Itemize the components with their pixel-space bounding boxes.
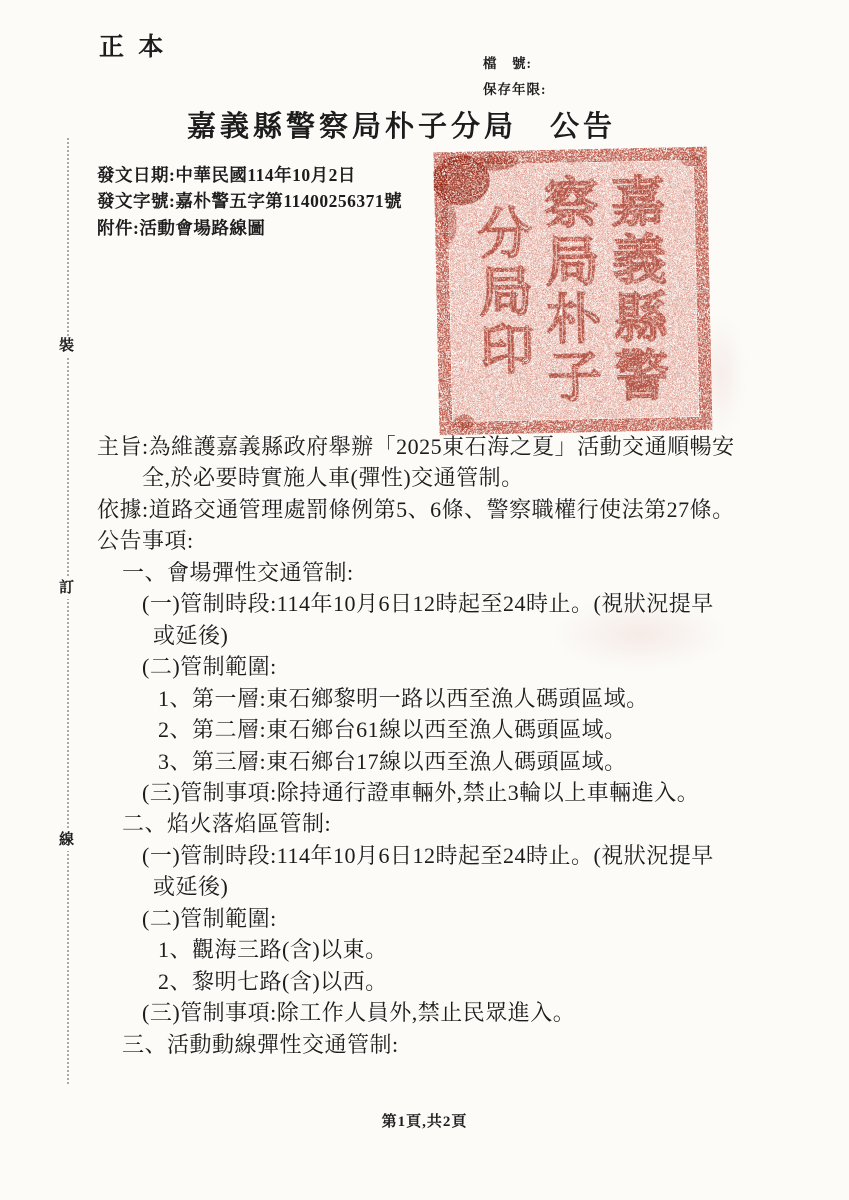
binding-dotted-line <box>67 138 69 1084</box>
document-title: 嘉義縣警察局朴子分局 公告 <box>187 104 616 145</box>
body-line: (一)管制時段:114年10月6日12時起至24時止。(視狀況提早 <box>142 588 807 619</box>
body-line: (二)管制範圍: <box>142 903 807 934</box>
seal-character: 印 <box>480 320 535 381</box>
body-line: 二、焰火落焰區管制: <box>122 808 807 839</box>
retention-period-label: 保存年限: <box>483 77 547 103</box>
body-line: 依據:道路交通管理處罰條例第5、6條、警察職權行使法第27條。 <box>97 494 807 525</box>
seal-graphic: 嘉義縣警察局朴子分局印 <box>433 146 713 436</box>
binding-mark: 訂 <box>59 578 74 599</box>
meta-line: 發文字號:嘉朴警五字第11400256371號 <box>97 188 402 214</box>
body-line: 全,於必要時實施人車(彈性)交通管制。 <box>142 462 807 493</box>
title-row: 嘉義縣警察局朴子分局 公告 <box>0 104 849 145</box>
body-line: 或延後) <box>153 620 807 651</box>
meta-line: 發文日期:中華民國114年10月2日 <box>97 162 402 188</box>
body-line: 或延後) <box>153 871 807 902</box>
body-line: (一)管制時段:114年10月6日12時起至24時止。(視狀況提早 <box>142 840 807 871</box>
seal-character: 局 <box>478 262 533 323</box>
seal-character: 警 <box>614 346 669 407</box>
body-line: 三、活動動線彈性交通管制: <box>122 1029 807 1060</box>
body-lines: 主旨:為維護嘉義縣政府舉辦「2025東石海之夏」活動交通順暢安全,於必要時實施人… <box>97 431 807 1060</box>
body-line: (三)管制事項:除工作人員外,禁止民眾進入。 <box>142 997 807 1028</box>
body-line: 3、第三層:東石鄉台17線以西至漁人碼頭區域。 <box>158 746 807 777</box>
meta-line: 附件:活動會場路線圖 <box>97 215 402 241</box>
body-line: 2、第二層:東石鄉台61線以西至漁人碼頭區域。 <box>158 714 807 745</box>
body-line: (三)管制事項:除持通行證車輛外,禁止3輪以上車輛進入。 <box>142 777 807 808</box>
body-line: 公告事項: <box>97 525 807 556</box>
body-line: 1、觀海三路(含)以東。 <box>158 934 807 965</box>
body-line: 一、會場彈性交通管制: <box>122 557 807 588</box>
body-line: 1、第一層:東石鄉黎明一路以西至漁人碼頭區域。 <box>158 683 807 714</box>
document-page: 正 本 檔 號: 保存年限: 嘉義縣警察局朴子分局 公告 發文日期:中華民國11… <box>0 0 849 1200</box>
seal-character: 嘉 <box>611 172 666 233</box>
seal-character: 分 <box>477 204 532 265</box>
seal-character: 義 <box>612 230 667 291</box>
copy-type-label: 正 本 <box>99 27 167 63</box>
file-number-block: 檔 號: 保存年限: <box>483 51 547 102</box>
seal-character: 子 <box>547 347 602 408</box>
page-footer: 第1頁,共2頁 <box>0 1110 849 1131</box>
body-line: (二)管制範圍: <box>142 651 807 682</box>
seal-character: 察 <box>544 173 599 234</box>
official-seal: 嘉義縣警察局朴子分局印 <box>433 146 713 436</box>
seal-character: 朴 <box>546 289 602 350</box>
file-number-label: 檔 號: <box>483 51 547 77</box>
doc-meta-lines: 發文日期:中華民國114年10月2日發文字號:嘉朴警五字第11400256371… <box>97 162 402 241</box>
seal-character: 縣 <box>613 288 669 349</box>
binding-mark: 裝 <box>59 336 74 357</box>
binding-mark: 線 <box>59 830 74 851</box>
body-line: 2、黎明七路(含)以西。 <box>158 966 807 997</box>
seal-character: 局 <box>545 231 600 292</box>
body-line: 主旨:為維護嘉義縣政府舉辦「2025東石海之夏」活動交通順暢安 <box>97 431 807 462</box>
